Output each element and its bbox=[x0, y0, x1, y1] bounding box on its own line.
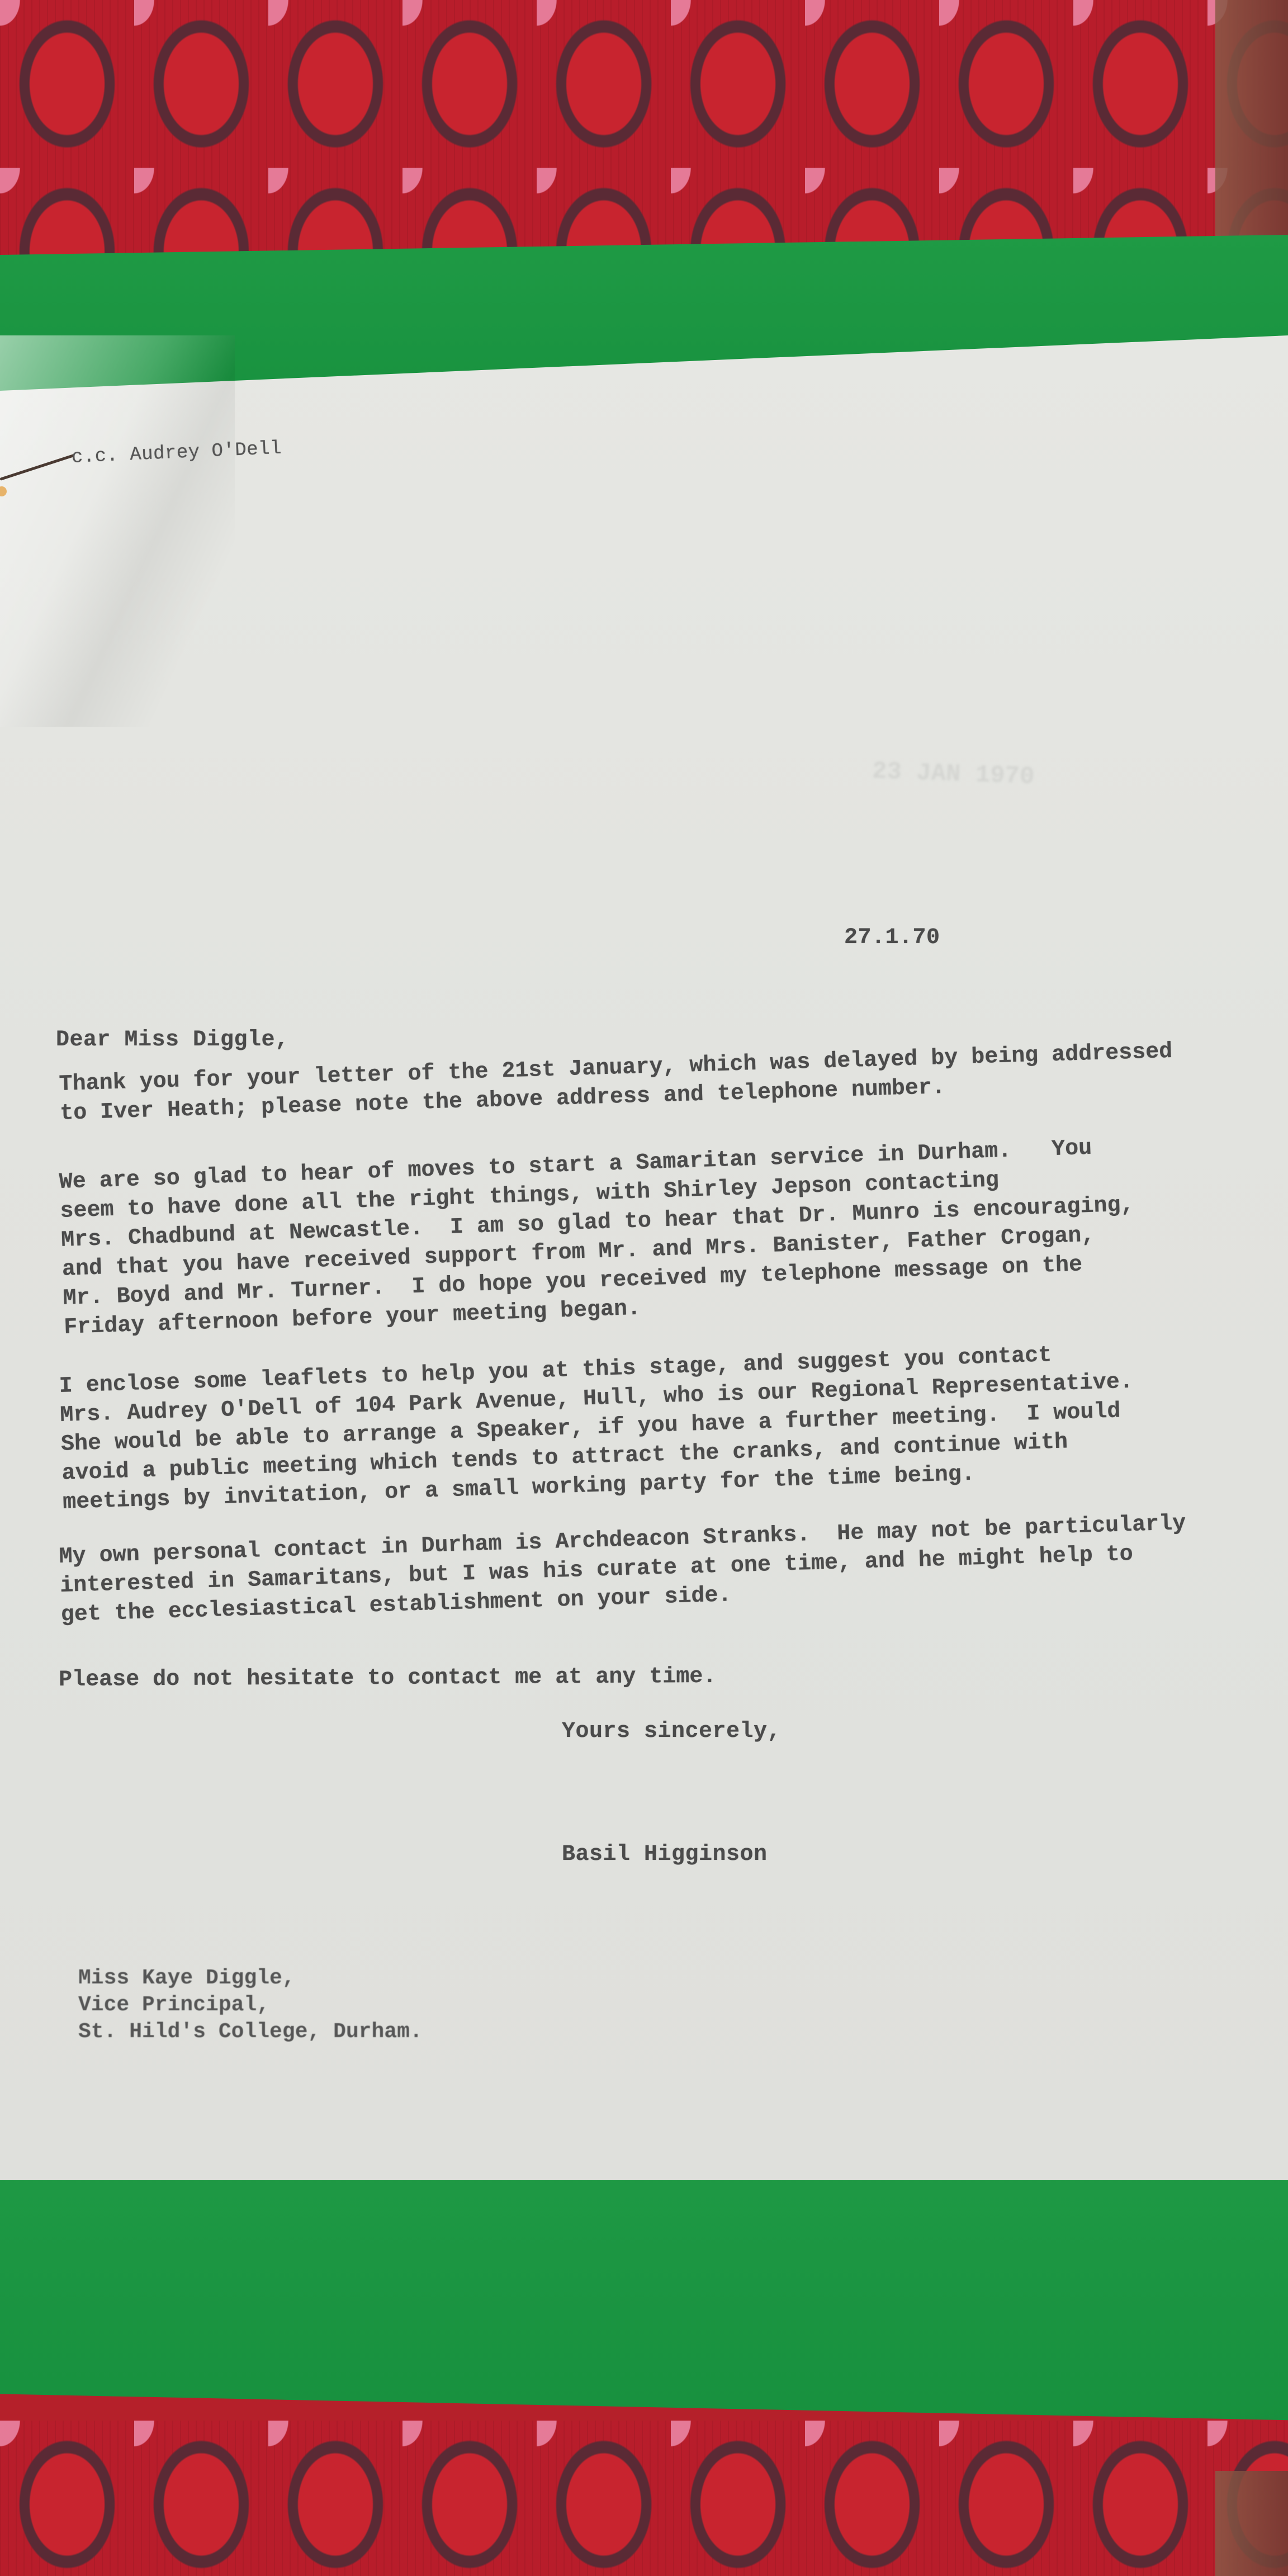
closing: Yours sincerely, bbox=[562, 1719, 781, 1744]
salutation: Dear Miss Diggle, bbox=[56, 1027, 289, 1053]
recipient-address: Miss Kaye Diggle, Vice Principal, St. Hi… bbox=[78, 1965, 423, 2045]
green-mount-bottom bbox=[0, 2141, 1288, 2432]
fabric-edge-top bbox=[1215, 0, 1288, 240]
signature-name: Basil Higginson bbox=[562, 1842, 768, 1867]
fabric-edge-bottom bbox=[1215, 2471, 1288, 2576]
letter-date: 27.1.70 bbox=[844, 925, 940, 950]
fabric-background-bottom bbox=[0, 2421, 1288, 2576]
address-line: Miss Kaye Diggle, bbox=[78, 1965, 423, 1992]
address-line: St. Hild's College, Durham. bbox=[78, 2019, 423, 2045]
fabric-background-top bbox=[0, 0, 1288, 263]
address-line: Vice Principal, bbox=[78, 1992, 423, 2019]
